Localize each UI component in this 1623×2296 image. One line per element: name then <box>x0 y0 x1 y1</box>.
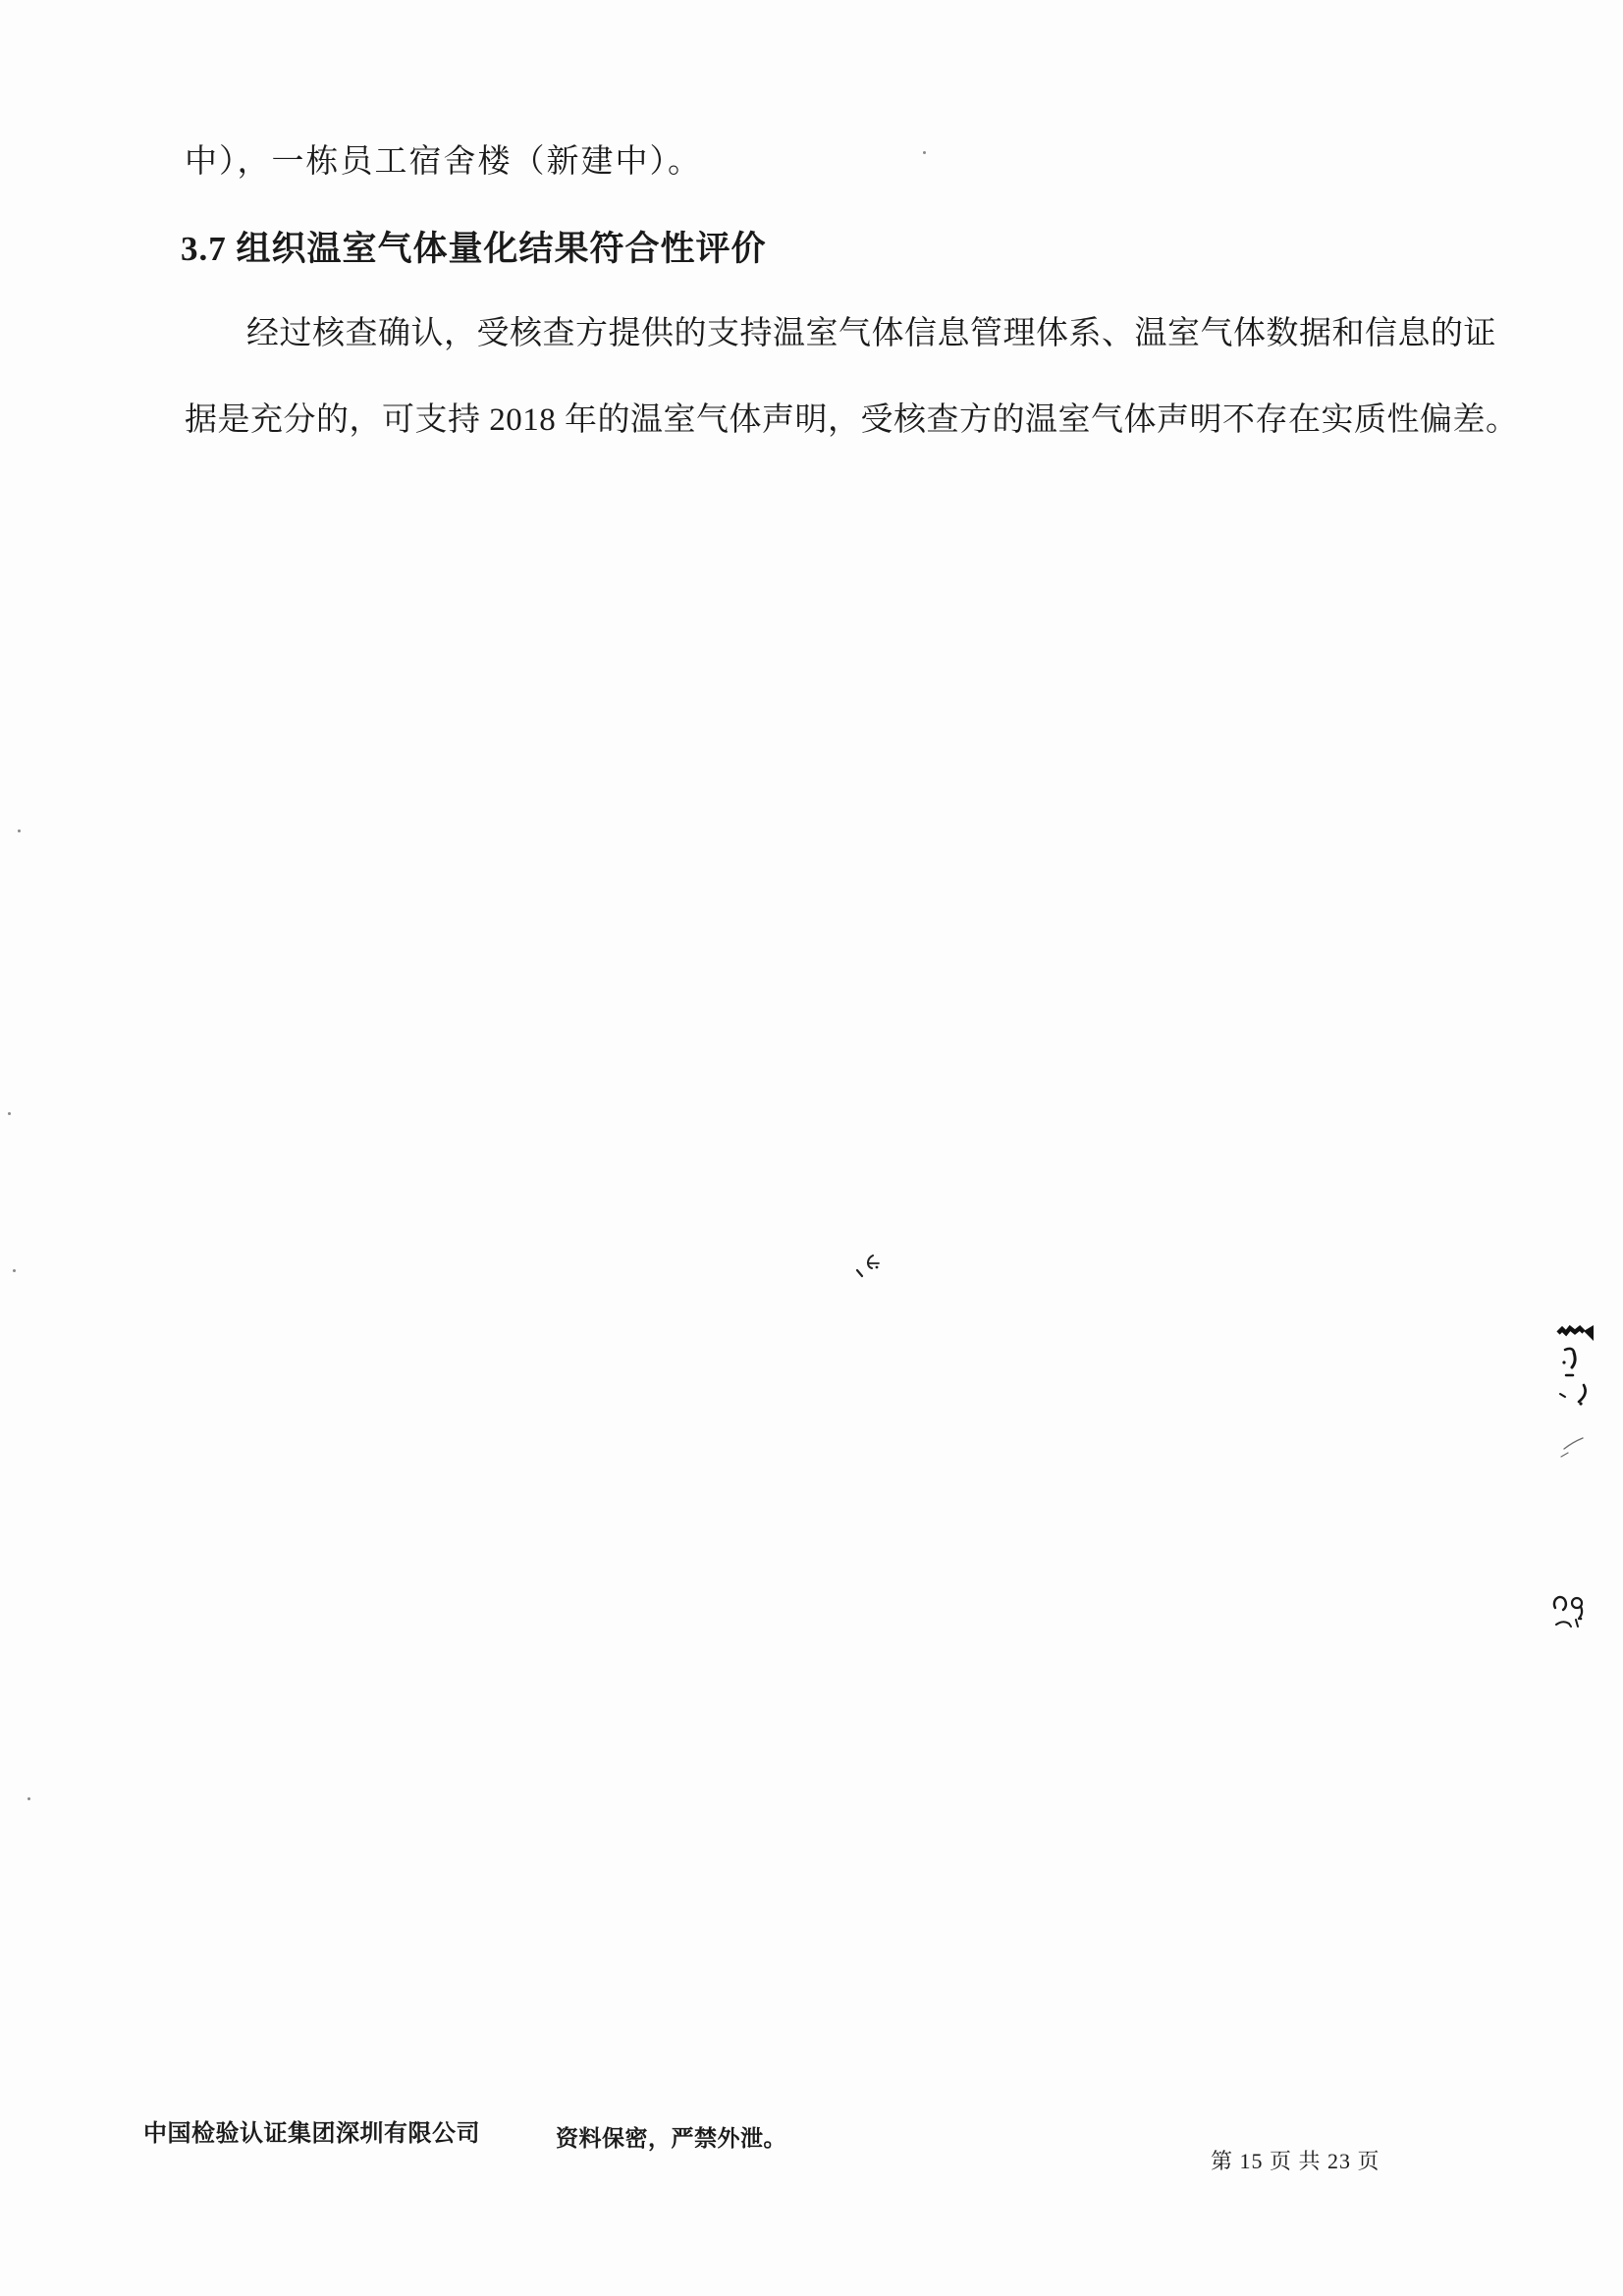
footer-confidentiality-notice: 资料保密，严禁外泄。 <box>556 2127 786 2150</box>
footer-company-name: 中国检验认证集团深圳有限公司 <box>143 2122 480 2146</box>
ink-smudge-artifact <box>1549 1592 1589 1635</box>
ink-smudge-artifact <box>852 1251 884 1282</box>
scan-speck <box>8 1112 11 1115</box>
scanned-document-page: 中），一栋员工宿舍楼（新建中）。 3.7 组织温室气体量化结果符合性评价 经过核… <box>0 0 1623 2296</box>
paragraph-line: 经过核查确认，受核查方提供的支持温室气体信息管理体系、温室气体数据和信息的证 <box>246 318 1496 350</box>
scan-speck <box>27 1797 30 1800</box>
scan-speck <box>18 829 21 832</box>
scan-speck <box>13 1269 16 1272</box>
paragraph-line: 据是充分的，可支持 2018 年的温室气体声明，受核查方的温室气体声明不存在实质… <box>185 404 1519 437</box>
continuation-line: 中），一栋员工宿舍楼（新建中）。 <box>185 146 702 179</box>
section-heading: 3.7 组织温室气体量化结果符合性评价 <box>181 232 767 266</box>
scan-speck <box>923 151 926 154</box>
ink-smudge-artifact <box>1554 1321 1596 1468</box>
footer-page-number: 第 15 页 共 23 页 <box>1211 2151 1380 2172</box>
